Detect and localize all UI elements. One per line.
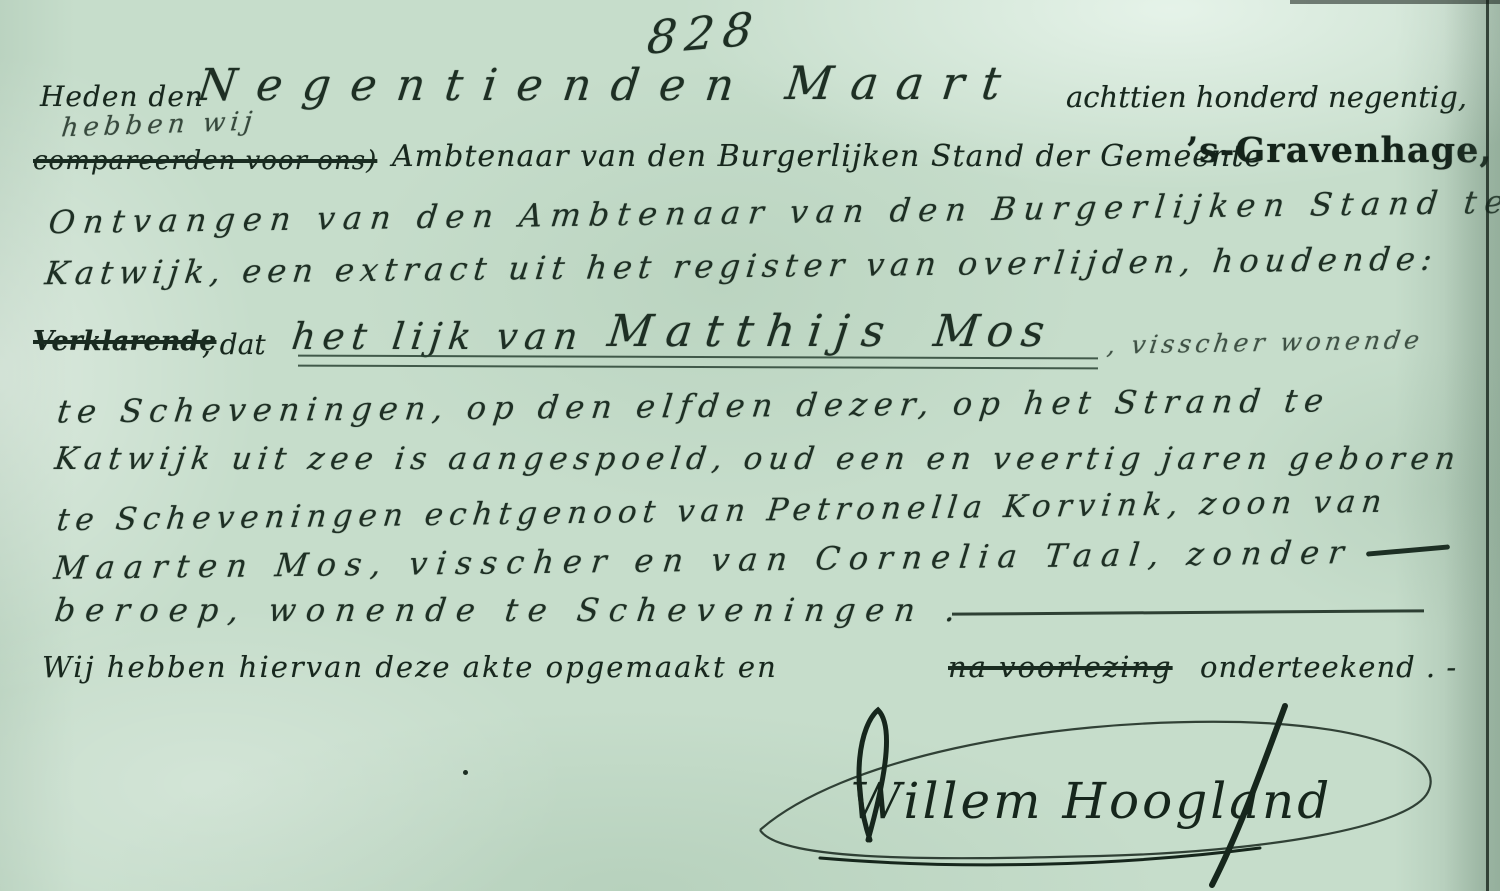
ink-dot-artifact: [463, 770, 468, 775]
handwritten-correction: hebben wij: [60, 107, 258, 144]
signature: Willem Hoogland: [700, 700, 1500, 890]
washed-ashore-line: Katwijk uit zee is aangespoeld, oud een …: [53, 441, 1463, 477]
closing-struck-phrase: na voorlezing: [948, 650, 1173, 684]
top-edge-shadow: [1290, 0, 1500, 4]
received-line-1: Ontvangen van den Ambtenaar van den Burg…: [47, 183, 1500, 241]
printed-dat: , dat: [202, 328, 266, 361]
double-underline: [298, 355, 1098, 370]
closing-printed-1: Wij hebben hiervan deze akte opgemaakt e…: [42, 650, 778, 684]
occupation-phrase: , visscher wonende: [1106, 325, 1426, 359]
signature-name-text: Willem Hoogland: [850, 772, 1332, 830]
closing-printed-2: onderteekend . -: [1200, 650, 1457, 684]
page-edge-shade: [1444, 0, 1500, 891]
flourish-dash: [1366, 544, 1450, 556]
printed-year: achttien honderd negentig,: [1066, 80, 1467, 114]
residence-line: te Scheveningen, op den elfden dezer, op…: [55, 381, 1332, 430]
parents-line-2: beroep, wonende te Scheveningen .: [53, 591, 968, 629]
signature-flourish: Willem Hoogland: [700, 700, 1500, 890]
deceased-phrase: het lijk van: [289, 315, 587, 358]
page-edge-line: [1486, 0, 1489, 891]
printed-date-prefix: Heden den: [40, 80, 204, 113]
received-line-2: Katwijk, een extract uit het register va…: [43, 240, 1440, 293]
act-number: 828: [645, 1, 763, 65]
closing-rule-line: [952, 609, 1424, 615]
struck-printed-phrase: compareerden voor ons): [33, 146, 377, 176]
struck-declaring-word: Verklarende: [33, 326, 216, 357]
deceased-first-name: Matthijs: [605, 306, 901, 357]
document-page: 828 Heden den Negentienden Maart achttie…: [0, 0, 1500, 891]
deceased-last-name: Mos: [931, 306, 1055, 357]
spouse-line: te Scheveningen echtgenoot van Petronell…: [55, 484, 1389, 539]
handwritten-month: Maart: [783, 56, 1022, 110]
printed-official-title: Ambtenaar van den Burgerlijken Stand der…: [392, 139, 1263, 174]
handwritten-day: Negentienden: [195, 60, 757, 111]
parents-line: Maarten Mos, visscher en van Cornelia Ta…: [52, 533, 1355, 587]
